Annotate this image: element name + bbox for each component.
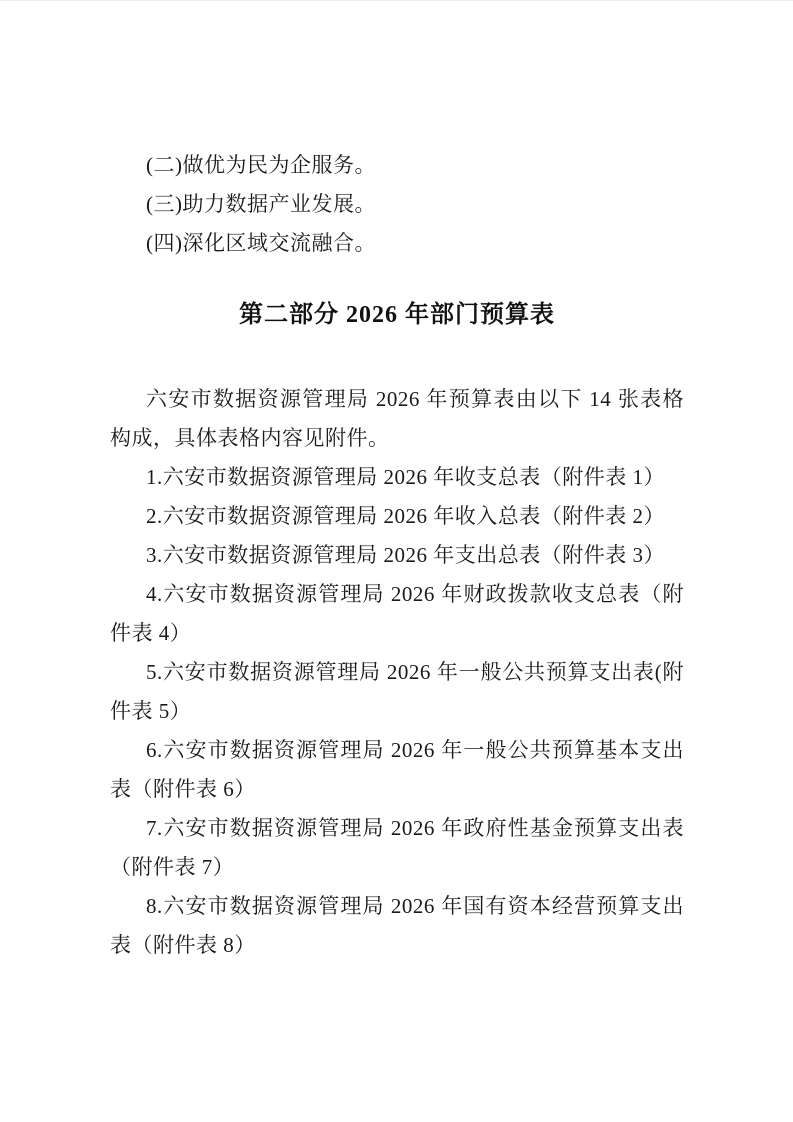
document-page: (二)做优为民为企服务。 (三)助力数据产业发展。 (四)深化区域交流融合。 第…: [0, 0, 793, 1122]
table-list-item-5: 5.六安市数据资源管理局 2026 年一般公共预算支出表(附件表 5）: [110, 653, 684, 731]
intro-line-4: (四)深化区域交流融合。: [110, 224, 684, 263]
section-heading: 第二部分 2026 年部门预算表: [110, 292, 684, 338]
table-list-item-1: 1.六安市数据资源管理局 2026 年收支总表（附件表 1）: [110, 458, 684, 497]
table-list-item-6: 6.六安市数据资源管理局 2026 年一般公共预算基本支出表（附件表 6）: [110, 731, 684, 809]
intro-line-2: (二)做优为民为企服务。: [110, 146, 684, 185]
table-list-item-2: 2.六安市数据资源管理局 2026 年收入总表（附件表 2）: [110, 497, 684, 536]
intro-line-3: (三)助力数据产业发展。: [110, 185, 684, 224]
table-list-item-7: 7.六安市数据资源管理局 2026 年政府性基金预算支出表（附件表 7）: [110, 809, 684, 887]
table-list-item-8: 8.六安市数据资源管理局 2026 年国有资本经营预算支出表（附件表 8）: [110, 887, 684, 965]
table-list-item-4: 4.六安市数据资源管理局 2026 年财政拨款收支总表（附件表 4）: [110, 575, 684, 653]
body-paragraph: 六安市数据资源管理局 2026 年预算表由以下 14 张表格构成，具体表格内容见…: [110, 380, 684, 458]
table-list-item-3: 3.六安市数据资源管理局 2026 年支出总表（附件表 3）: [110, 536, 684, 575]
